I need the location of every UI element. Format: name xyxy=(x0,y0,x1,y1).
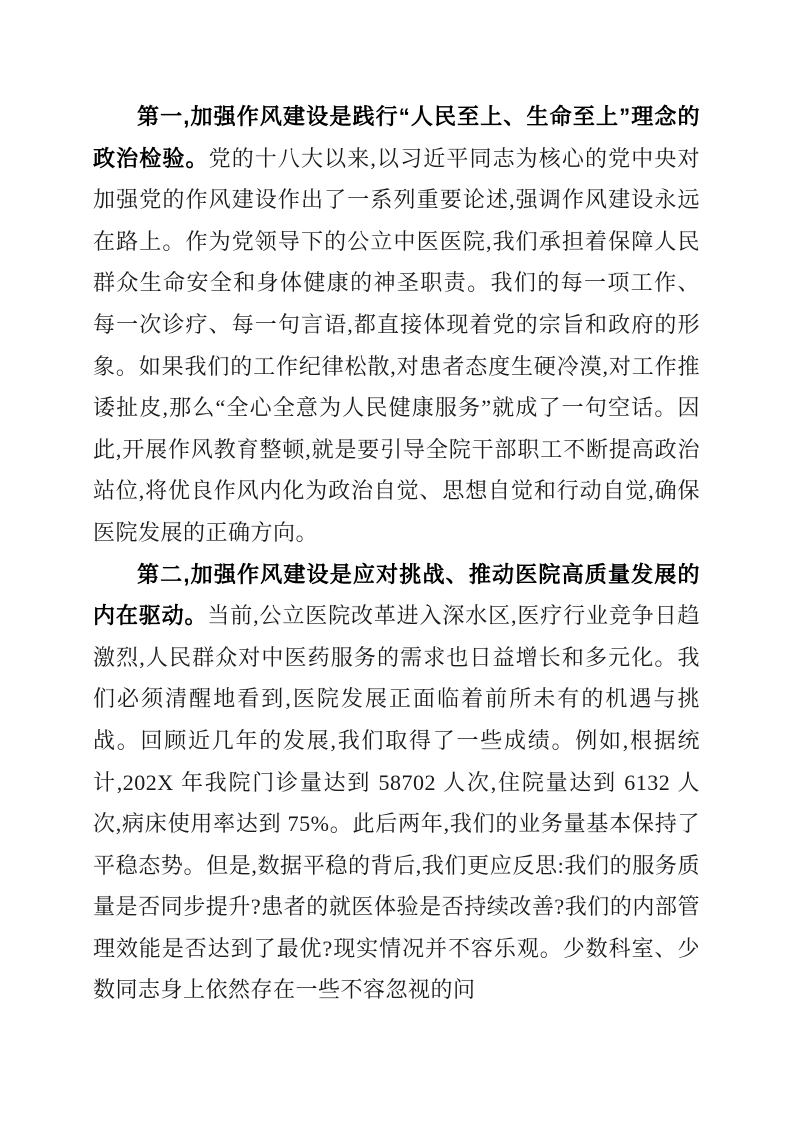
paragraph-2-text: 当前,公立医院改革进入深水区,医疗行业竞争日趋激烈,人民群众对中医药服务的需求也… xyxy=(93,603,700,1002)
document-page: 第一,加强作风建设是践行“人民至上、生命至上”理念的政治检验。党的十八大以来,以… xyxy=(0,0,793,1122)
paragraph-1-text: 党的十八大以来,以习近平同志为核心的党中央对加强党的作风建设作出了一系列重要论述… xyxy=(93,146,700,545)
paragraph-2: 第二,加强作风建设是应对挑战、推动医院高质量发展的内在驱动。当前,公立医院改革进… xyxy=(93,554,700,1012)
paragraph-1: 第一,加强作风建设是践行“人民至上、生命至上”理念的政治检验。党的十八大以来,以… xyxy=(93,96,700,554)
document-body: 第一,加强作风建设是践行“人民至上、生命至上”理念的政治检验。党的十八大以来,以… xyxy=(93,96,700,1011)
